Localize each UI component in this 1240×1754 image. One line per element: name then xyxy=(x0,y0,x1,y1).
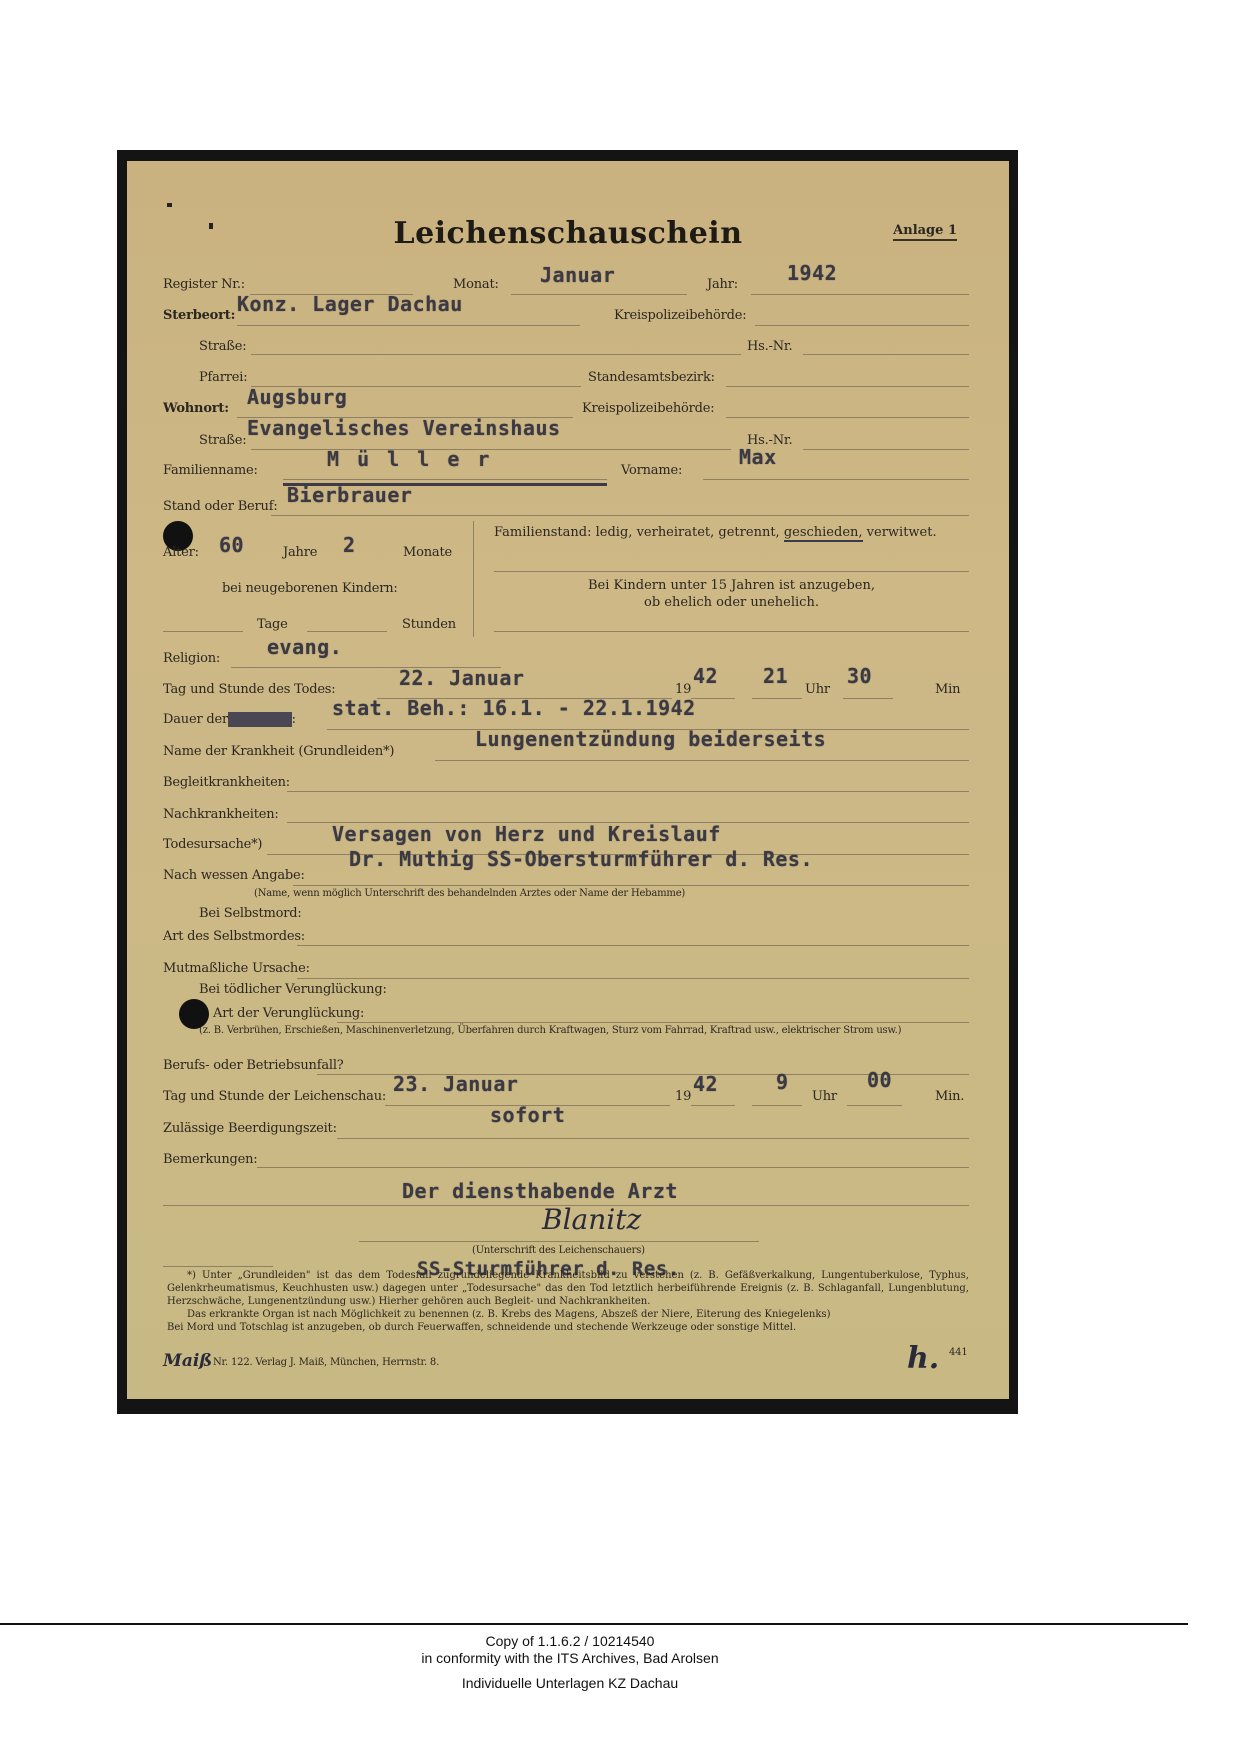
todeszeit-year-prefix: 19 xyxy=(675,682,691,697)
angabe-value: Dr. Muthig SS-Obersturmführer d. Res. xyxy=(349,847,813,871)
dauer-label: Dauer derKrankheit: xyxy=(163,712,296,727)
beerdigungszeit-value: sofort xyxy=(490,1103,565,1127)
dauer-value: stat. Beh.: 16.1. - 22.1.1942 xyxy=(332,696,696,720)
leichenschau-year-line xyxy=(691,1105,735,1106)
nachkrankheiten-label: Nachkrankheiten: xyxy=(163,807,279,822)
publisher-text: Nr. 122. Verlag J. Maiß, München, Herrns… xyxy=(213,1357,439,1368)
leichenschau-hour-label: Uhr xyxy=(812,1089,837,1104)
todeszeit-hour: 21 xyxy=(763,664,788,688)
standesamt-line xyxy=(726,386,969,387)
kreispolizei-label-1: Kreispolizeibehörde: xyxy=(614,308,746,323)
archive-footer-line2: in conformity with the ITS Archives, Bad… xyxy=(0,1650,1140,1667)
ink-speck xyxy=(167,203,172,207)
familienname-label: Familienname: xyxy=(163,463,258,478)
strasse-label-2: Straße: xyxy=(199,433,246,448)
familienstand-option-ledig: ledig, xyxy=(596,525,633,540)
strasse-label-1: Straße: xyxy=(199,339,246,354)
familienstand-option-geschieden-selected: geschieden, xyxy=(784,525,863,542)
familienstand-option-verheiratet: verheiratet, xyxy=(637,525,715,540)
kreispolizei-label-2: Kreispolizeibehörde: xyxy=(582,401,714,416)
stamp-line: Der diensthabende Arzt xyxy=(402,1179,678,1203)
alter-label: Alter: xyxy=(163,545,199,560)
familienname-line xyxy=(283,479,607,480)
jahr-value: 1942 xyxy=(787,261,837,285)
sterbeort-line xyxy=(237,325,580,326)
signature-caption: (Unterschrift des Leichenschauers) xyxy=(472,1245,645,1256)
leichenschau-minute-line xyxy=(847,1105,902,1106)
familienstand-option-verwitwet: verwitwet. xyxy=(867,525,937,540)
leichenschau-hour-line xyxy=(752,1105,802,1106)
leichenschau-minute: 00 xyxy=(867,1068,892,1092)
corner-number: 441 xyxy=(949,1347,968,1358)
krankheit-value: Lungenentzündung beiderseits xyxy=(475,727,826,751)
bemerkungen-label: Bemerkungen: xyxy=(163,1152,257,1167)
familienname-value: M ü l l e r xyxy=(327,447,492,471)
todeszeit-year: 42 xyxy=(693,664,718,688)
jahr-line xyxy=(751,294,969,295)
neugeborene-label: bei neugeborenen Kindern: xyxy=(222,581,398,596)
divider xyxy=(473,521,474,637)
leichenschau-date: 23. Januar xyxy=(393,1072,518,1096)
angabe-hint: (Name, wenn möglich Unterschrift des beh… xyxy=(254,888,685,899)
kinder-note-line2: ob ehelich oder unehelich. xyxy=(494,594,969,611)
beruf-line xyxy=(271,515,969,516)
death-certificate-card: Leichenschauschein Anlage 1 Register Nr.… xyxy=(127,161,1009,1399)
strasse-value-2: Evangelisches Vereinshaus xyxy=(247,416,561,440)
strasse-line-1 xyxy=(251,354,741,355)
document-title: Leichenschauschein xyxy=(127,216,1009,251)
selbstmord-label: Bei Selbstmord: xyxy=(199,906,302,921)
krankheit-line xyxy=(435,760,969,761)
stunden-line xyxy=(307,631,387,632)
archive-footer-line3: Individuelle Unterlagen KZ Dachau xyxy=(0,1675,1140,1692)
art-verunglueckung-label: Art der Verunglückung: xyxy=(163,1006,364,1021)
monat-value: Januar xyxy=(540,263,615,287)
stunden-label: Stunden xyxy=(402,617,456,632)
familienstand: Familienstand: ledig, verheiratet, getre… xyxy=(494,525,937,540)
religion-value: evang. xyxy=(267,635,342,659)
tage-line xyxy=(163,631,243,632)
familienstand-option-getrennt: getrennt, xyxy=(718,525,779,540)
todeszeit-label: Tag und Stunde des Todes: xyxy=(163,682,335,697)
art-selbstmord-label: Art des Selbstmordes: xyxy=(163,929,305,944)
footnote-3: Bei Mord und Totschlag ist anzugeben, ob… xyxy=(167,1321,969,1334)
footnote-2: Das erkrankte Organ ist nach Möglichkeit… xyxy=(167,1308,969,1321)
archive-footer-line1: Copy of 1.1.6.2 / 10214540 xyxy=(0,1633,1140,1650)
register-nr-label: Register Nr.: xyxy=(163,277,245,292)
corner-initial: h. xyxy=(907,1341,939,1376)
monat-label: Monat: xyxy=(453,277,499,292)
beerdigungszeit-label: Zulässige Beerdigungszeit: xyxy=(163,1121,337,1136)
leichenschau-label: Tag und Stunde der Leichenschau: xyxy=(163,1089,386,1104)
leichenschau-year: 42 xyxy=(693,1072,718,1096)
footnote-1: *) Unter „Grundleiden" ist das dem Todes… xyxy=(167,1269,969,1308)
alter-years-value: 60 xyxy=(219,533,244,557)
leichenschau-year-prefix: 19 xyxy=(675,1089,691,1104)
todeszeit-date: 22. Januar xyxy=(399,666,524,690)
jahr-label: Jahr: xyxy=(707,277,738,292)
pfarrei-label: Pfarrei: xyxy=(199,370,247,385)
standesamt-label: Standesamtsbezirk: xyxy=(588,370,715,385)
monat-line xyxy=(511,294,687,295)
sterbeort-label: Sterbeort: xyxy=(163,308,235,323)
religion-label: Religion: xyxy=(163,651,220,666)
sterbeort-value: Konz. Lager Dachau xyxy=(237,292,463,316)
beerdigungszeit-line xyxy=(337,1138,969,1139)
leichenschau-minute-label: Min. xyxy=(935,1089,964,1104)
mutmassliche-ursache-label: Mutmaßliche Ursache: xyxy=(163,961,310,976)
art-verunglueckung-line xyxy=(337,1022,969,1023)
todeszeit-minute-line xyxy=(843,698,893,699)
tage-label: Tage xyxy=(257,617,288,632)
dauer-struck-word: Krankheit xyxy=(228,712,292,727)
signature-line xyxy=(359,1241,759,1242)
familienstand-line xyxy=(494,571,969,572)
mutmassliche-ursache-line xyxy=(297,978,969,979)
hs-nr-line-2 xyxy=(803,449,969,450)
bemerkungen-line xyxy=(257,1167,969,1168)
publisher-mark: Maiß xyxy=(163,1351,212,1371)
angabe-label: Nach wessen Angabe: xyxy=(163,868,305,883)
kinder-note: Bei Kindern unter 15 Jahren ist anzugebe… xyxy=(494,577,969,611)
todeszeit-hour-label: Uhr xyxy=(805,682,830,697)
krankheit-label: Name der Krankheit (Grundleiden*) xyxy=(163,744,394,759)
vorname-label: Vorname: xyxy=(621,463,682,478)
leichenschau-hour: 9 xyxy=(776,1070,789,1094)
alter-months-label: Monate xyxy=(403,545,452,560)
dauer-label-text: Dauer der xyxy=(163,712,228,727)
attachment-label: Anlage 1 xyxy=(893,223,957,241)
todeszeit-minute-label: Min xyxy=(935,682,960,697)
art-selbstmord-line xyxy=(297,945,969,946)
kreispolizei-line-2 xyxy=(726,417,969,418)
kinder-note-line1: Bei Kindern unter 15 Jahren ist anzugebe… xyxy=(494,577,969,594)
todeszeit-minute: 30 xyxy=(847,664,872,688)
angabe-line xyxy=(293,885,969,886)
beruf-label: Stand oder Beruf: xyxy=(163,499,278,514)
todesursache-value: Versagen von Herz und Kreislauf xyxy=(332,822,721,846)
begleitkrankheiten-label: Begleitkrankheiten: xyxy=(163,775,290,790)
familienstand-label: Familienstand: xyxy=(494,525,591,540)
begleitkrankheiten-line xyxy=(287,791,969,792)
vorname-value: Max xyxy=(739,445,777,469)
todesursache-label: Todesursache*) xyxy=(163,837,262,852)
footnote-rule xyxy=(163,1266,273,1267)
alter-months-value: 2 xyxy=(343,533,356,557)
art-verunglueckung-hint: (z. B. Verbrühen, Erschießen, Maschinenv… xyxy=(199,1025,969,1037)
todeszeit-year-line xyxy=(691,698,735,699)
hs-nr-label-1: Hs.-Nr. xyxy=(747,339,792,354)
signature: Blanitz xyxy=(542,1203,641,1236)
todeszeit-hour-line xyxy=(752,698,802,699)
beruf-value: Bierbrauer xyxy=(287,483,412,507)
footer-rule xyxy=(0,1623,1188,1625)
hs-nr-line-1 xyxy=(803,354,969,355)
wohnort-value: Augsburg xyxy=(247,385,347,409)
alter-years-label: Jahre xyxy=(283,545,317,560)
kinder-line xyxy=(494,631,969,632)
verunglueckung-label: Bei tödlicher Verunglückung: xyxy=(199,982,387,997)
berufsunfall-label: Berufs- oder Betriebsunfall? xyxy=(163,1058,344,1073)
vorname-line xyxy=(703,479,969,480)
kreispolizei-line-1 xyxy=(755,325,969,326)
wohnort-label: Wohnort: xyxy=(163,401,229,416)
